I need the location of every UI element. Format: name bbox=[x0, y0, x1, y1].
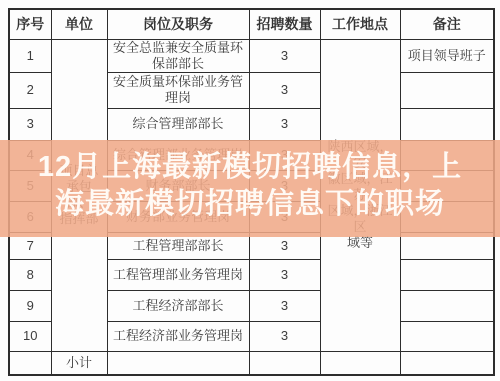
subtotal-job-cell bbox=[107, 351, 249, 375]
row-no-cell: 3 bbox=[9, 108, 51, 140]
job-cell: 综合管理部部长 bbox=[107, 108, 249, 140]
count-cell: 3 bbox=[249, 321, 320, 351]
row-no-cell: 2 bbox=[9, 72, 51, 108]
job-cell: 安全质量环保部业务管理岗 bbox=[107, 72, 249, 108]
subtotal-row: 小计 bbox=[9, 351, 494, 375]
banner-title-line2: 海最新模切招聘信息下的职场 bbox=[0, 186, 500, 223]
subtotal-location-cell bbox=[320, 351, 400, 375]
job-cell: 安全总监兼安全质量环保部部长 bbox=[107, 39, 249, 72]
remark-cell bbox=[400, 72, 494, 108]
header-job: 岗位及职务 bbox=[107, 9, 249, 39]
count-cell: 3 bbox=[249, 72, 320, 108]
header-count: 招聘数量 bbox=[249, 9, 320, 39]
subtotal-label-cell: 小计 bbox=[51, 351, 107, 375]
count-cell: 3 bbox=[249, 259, 320, 290]
row-no-cell: 1 bbox=[9, 39, 51, 72]
job-cell: 工程经济部部长 bbox=[107, 290, 249, 321]
row-no-cell: 8 bbox=[9, 259, 51, 290]
header-no: 序号 bbox=[9, 9, 51, 39]
count-cell: 3 bbox=[249, 39, 320, 72]
job-cell: 工程经济部业务管理岗 bbox=[107, 321, 249, 351]
remark-cell bbox=[400, 259, 494, 290]
remark-cell: 项目领导班子 bbox=[400, 39, 494, 72]
remark-cell bbox=[400, 321, 494, 351]
header-unit: 单位 bbox=[51, 9, 107, 39]
subtotal-remark-cell bbox=[400, 351, 494, 375]
header-remark: 备注 bbox=[400, 9, 494, 39]
remark-cell bbox=[400, 290, 494, 321]
header-location: 工作地点 bbox=[320, 9, 400, 39]
remark-cell bbox=[400, 108, 494, 140]
subtotal-no-cell bbox=[9, 351, 51, 375]
row-no-cell: 10 bbox=[9, 321, 51, 351]
count-cell: 3 bbox=[249, 108, 320, 140]
table-header-row: 序号 单位 岗位及职务 招聘数量 工作地点 备注 bbox=[9, 9, 494, 39]
screenshot-root: 序号 单位 岗位及职务 招聘数量 工作地点 备注 1 项目总 承包部、 指挥部 … bbox=[0, 0, 500, 381]
job-cell: 工程管理部业务管理岗 bbox=[107, 259, 249, 290]
count-cell: 3 bbox=[249, 290, 320, 321]
row-no-cell: 9 bbox=[9, 290, 51, 321]
promo-banner-overlay: 12月上海最新模切招聘信息，上 海最新模切招聘信息下的职场 bbox=[0, 140, 500, 237]
subtotal-count-cell bbox=[249, 351, 320, 375]
banner-title-line1: 12月上海最新模切招聘信息，上 bbox=[0, 149, 500, 186]
table-row: 1 项目总 承包部、 指挥部 安全总监兼安全质量环保部部长 3 陕西区域，安 徽… bbox=[9, 39, 494, 72]
